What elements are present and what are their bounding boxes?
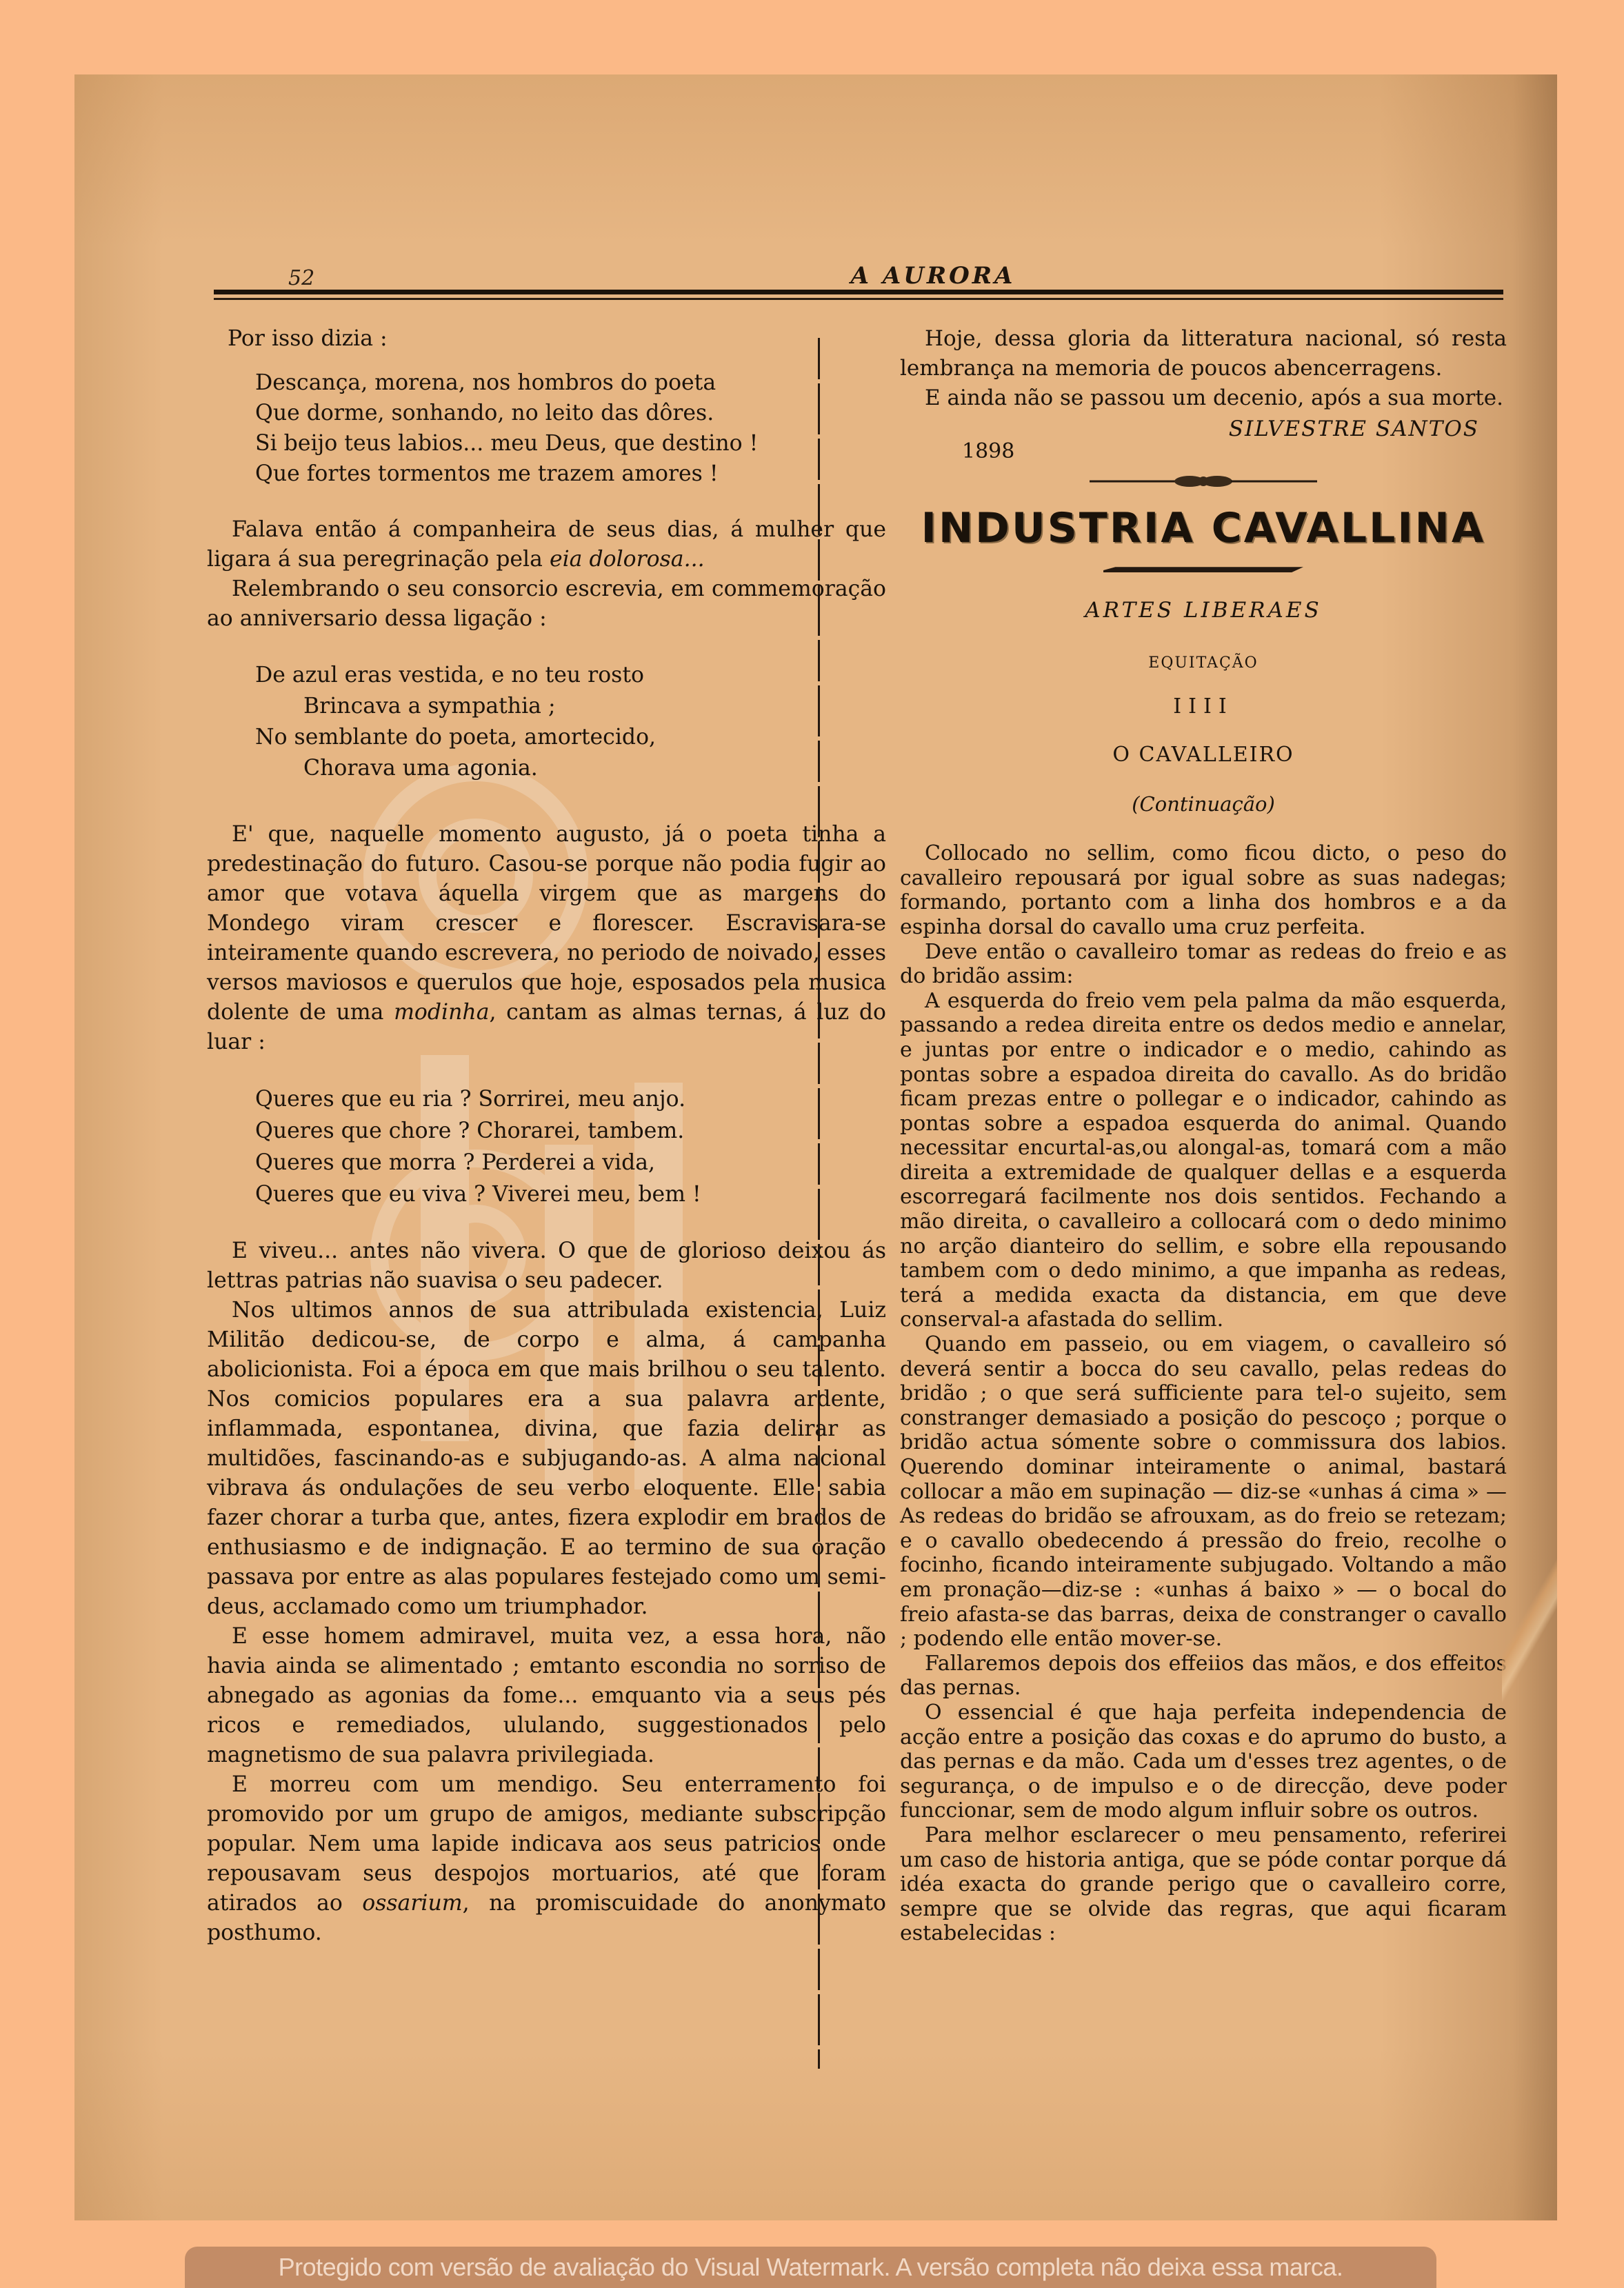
watermark-banner: Protegido com versão de avaliação do Vis…: [185, 2247, 1436, 2288]
header-rule-thick: [214, 290, 1503, 294]
paragraph: E morreu com um mendigo. Seu enterrament…: [207, 1770, 886, 1948]
date-line: 1898: [900, 439, 1507, 464]
header-rule-thin: [214, 298, 1503, 300]
verse-line: Brincava a sympathia ;: [207, 691, 886, 722]
verse-line: Chorava uma agonia.: [207, 753, 886, 784]
poem-stanza-3: Queres que eu ria ? Sorrirei, meu anjo. …: [207, 1083, 886, 1210]
verse-line: Que dorme, sonhando, no leito das dôres.: [207, 398, 886, 428]
paragraph: E viveu... antes não vivera. O que de gl…: [207, 1236, 886, 1296]
continuation-note: (Continuação): [900, 792, 1507, 817]
paragraph: Relembrando o seu consorcio escrevia, em…: [207, 574, 886, 634]
poem-stanza-1: Descança, morena, nos hombros do poeta Q…: [207, 368, 886, 489]
paragraph: E' que, naquelle momento augusto, já o p…: [207, 820, 886, 1057]
article-paragraph: Para melhor esclarecer o meu pensamento,…: [900, 1823, 1507, 1946]
article-paragraph: Deve então o cavalleiro tomar as redeas …: [900, 940, 1507, 989]
intro-line: Por isso dizia :: [207, 324, 886, 354]
paragraph: E ainda não se passou um decenio, após a…: [900, 383, 1507, 413]
paragraph: Nos ultimos annos de sua attribulada exi…: [207, 1296, 886, 1622]
verse-line: Queres que morra ? Perderei a vida,: [207, 1147, 886, 1178]
paragraph: Hoje, dessa gloria da litteratura nacion…: [900, 324, 1507, 383]
section-heading: ARTES LIBERAES: [900, 599, 1507, 623]
article-paragraph: A esquerda do freio vem pela palma da mã…: [900, 989, 1507, 1332]
title-underline: [1103, 567, 1303, 572]
verse-line: Queres que eu viva ? Viverei meu, bem !: [207, 1178, 886, 1210]
right-column: Hoje, dessa gloria da litteratura nacion…: [900, 324, 1507, 1946]
article-title: INDUSTRIA CAVALLINA: [900, 503, 1507, 553]
article-paragraph: Fallaremos depois dos effeiios das mãos,…: [900, 1652, 1507, 1700]
poem-stanza-2: De azul eras vestida, e no teu rosto Bri…: [207, 660, 886, 784]
verse-line: Que fortes tormentos me trazem amores !: [207, 459, 886, 489]
page-header: 52 A AURORA: [288, 259, 1578, 301]
verse-line: Descança, morena, nos hombros do poeta: [207, 368, 886, 398]
paragraph: E esse homem admiravel, muita vez, a ess…: [207, 1622, 886, 1770]
paragraph: Falava então á companheira de seus dias,…: [207, 515, 886, 574]
left-column: Por isso dizia : Descança, morena, nos h…: [207, 324, 886, 1948]
article-paragraph: Quando em passeio, ou em viagem, o caval…: [900, 1332, 1507, 1652]
author-signature: SILVESTRE SANTOS: [900, 417, 1507, 442]
ornament-divider-icon: [900, 473, 1507, 490]
subsection-heading: EQUITAÇÃO: [900, 651, 1507, 676]
article-paragraph: Collocado no sellim, como ficou dicto, o…: [900, 841, 1507, 939]
running-title: A AURORA: [288, 262, 1578, 290]
part-number: IIII: [900, 694, 1507, 719]
verse-line: Queres que eu ria ? Sorrirei, meu anjo.: [207, 1083, 886, 1115]
verse-line: Si beijo teus labios... meu Deus, que de…: [207, 428, 886, 459]
chapter-heading: O CAVALLEIRO: [900, 743, 1507, 767]
verse-line: Queres que chore ? Chorarei, tambem.: [207, 1115, 886, 1147]
article-paragraph: O essencial é que haja perfeita independ…: [900, 1700, 1507, 1823]
verse-line: De azul eras vestida, e no teu rosto: [207, 660, 886, 691]
verse-line: No semblante do poeta, amortecido,: [207, 722, 886, 753]
